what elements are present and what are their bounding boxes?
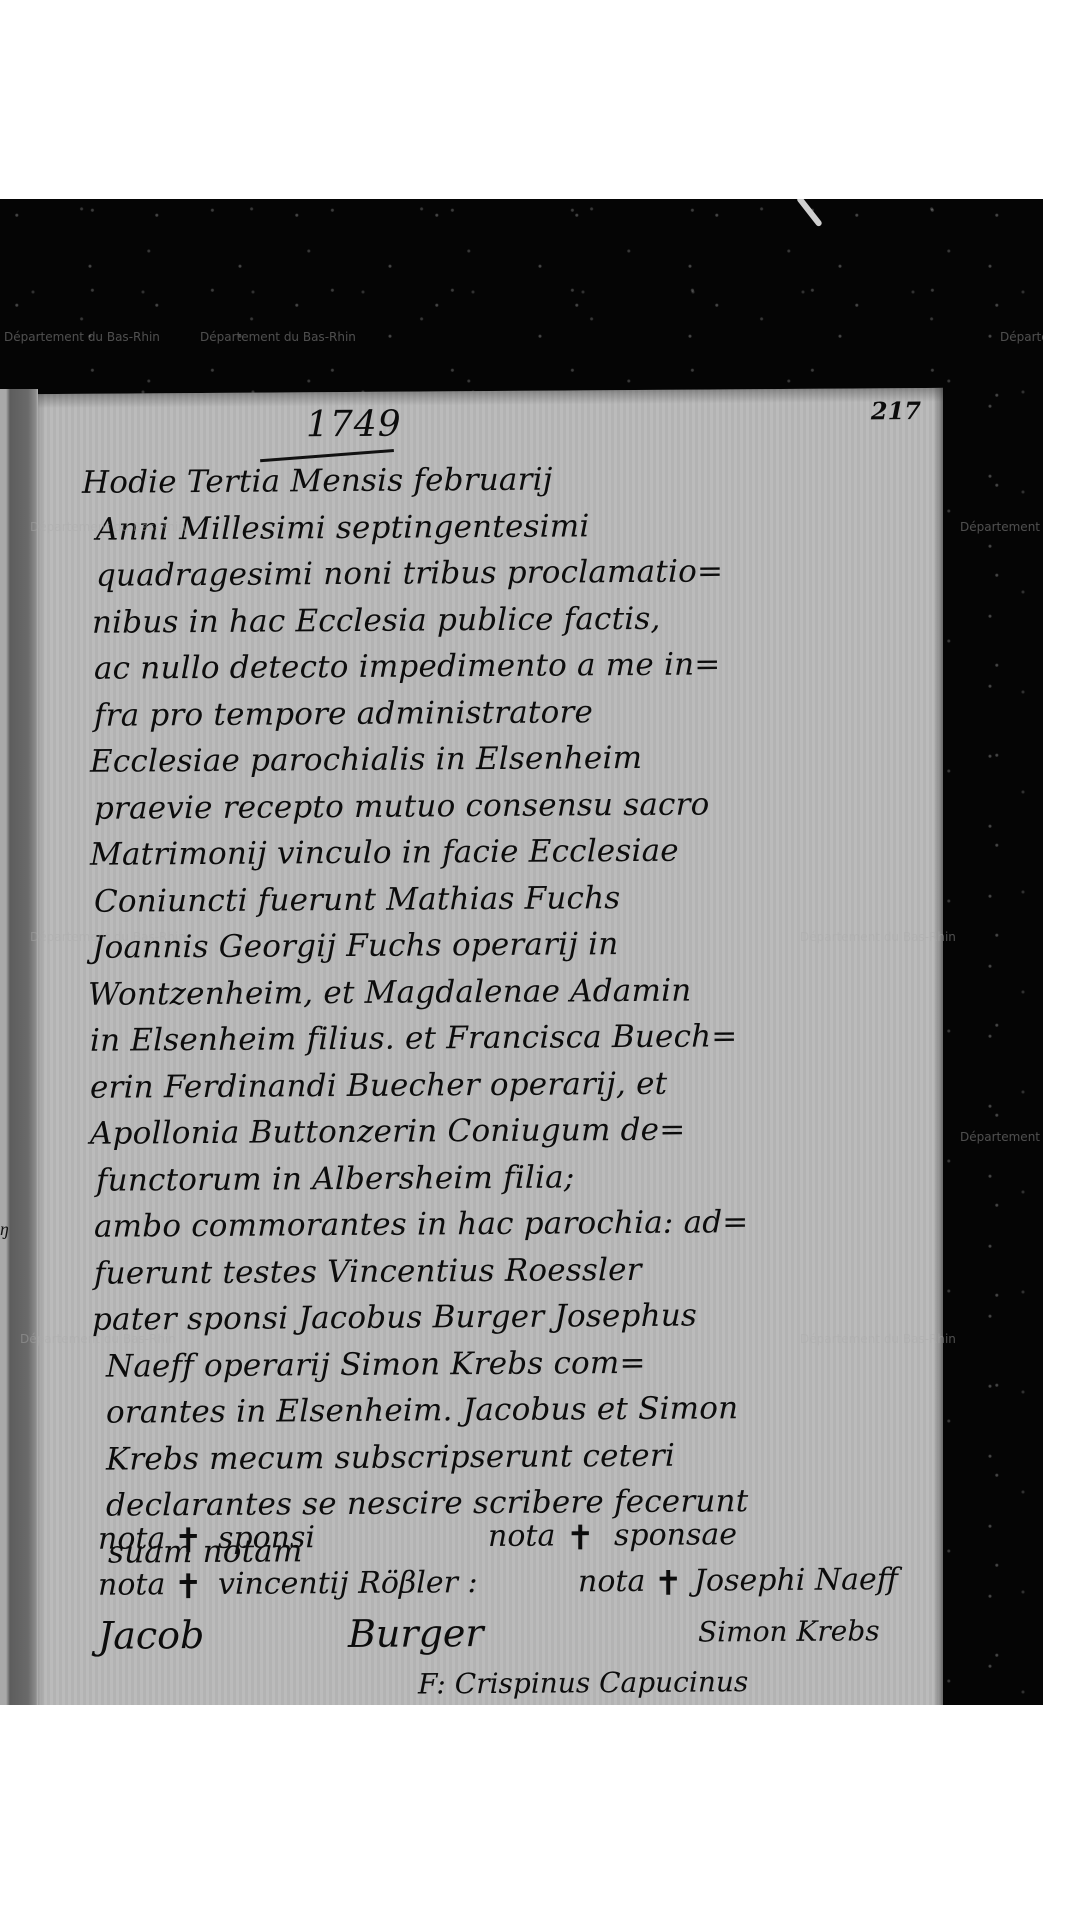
record-line: Ecclesiae parochialis in Elsenheim xyxy=(82,733,922,785)
record-line: Anni Millesimi septingentesimi xyxy=(82,500,922,552)
witness-mark-name: Josephi Naeff xyxy=(694,1562,898,1598)
record-line: Joannis Georgij Fuchs operarij in xyxy=(82,919,922,971)
scan-artifact xyxy=(796,199,823,227)
watermark: Département du Bas-Rhin xyxy=(1000,330,1043,344)
record-line: ac nullo detecto impedimento a me in= xyxy=(82,640,922,692)
scan-image: ŋ 1749 217 Hodie Tertia Mensis februarij… xyxy=(0,199,1043,1705)
record-line: quadragesimi noni tribus proclamatio= xyxy=(82,547,922,599)
groom-mark-name: sponsi xyxy=(218,1520,315,1556)
cross-mark-icon: ✝ xyxy=(174,1521,203,1561)
record-line: erin Ferdinandi Buecher operarij, et xyxy=(82,1058,922,1110)
signature-row-spouses: nota ✝ sponsi nota ✝ sponsae xyxy=(98,1516,938,1568)
record-line: praevie recepto mutuo consensu sacro xyxy=(82,779,922,831)
signature-row-witnesses: nota ✝ vincentij Röβler : nota ✝ Josephi… xyxy=(98,1562,938,1614)
bride-mark-name: sponsae xyxy=(614,1517,737,1553)
watermark: Département du Bas-Rhin xyxy=(960,520,1043,534)
record-line: pater sponsi Jacobus Burger Josephus xyxy=(82,1291,922,1343)
record-line: orantes in Elsenheim. Jacobus et Simon xyxy=(82,1384,922,1436)
record-line: Hodie Tertia Mensis februarij xyxy=(82,454,922,506)
signature-row-witness-names: Jacob Burger Simon Krebs xyxy=(98,1608,938,1670)
record-line: Wontzenheim, et Magdalenae Adamin xyxy=(82,965,922,1017)
record-line: Naeff operarij Simon Krebs com= xyxy=(82,1337,922,1389)
watermark: Département du Bas-Rhin xyxy=(200,330,356,344)
groom-mark-label: nota xyxy=(98,1521,165,1556)
record-line: Matrimonij vinculo in facie Ecclesiae xyxy=(82,826,922,878)
record-line: ambo commorantes in hac parochia: ad= xyxy=(82,1198,922,1250)
witness-mark-label: nota xyxy=(578,1564,645,1599)
record-line: nibus in hac Ecclesia publice factis, xyxy=(82,593,922,645)
record-line: in Elsenheim filius. et Francisca Buech= xyxy=(82,1012,922,1064)
record-line: functorum in Albersheim filia; xyxy=(82,1151,922,1203)
watermark: Département du Bas-Rhin xyxy=(960,1130,1043,1144)
signature-block: nota ✝ sponsi nota ✝ sponsae nota ✝ vinc… xyxy=(98,1516,938,1705)
priest-name: F: Crispinus Capucinus xyxy=(418,1665,748,1700)
page-number: 217 xyxy=(871,396,921,425)
record-line: fra pro tempore administratore xyxy=(82,686,922,738)
cross-mark-icon: ✝ xyxy=(174,1567,203,1607)
document-viewer: ŋ 1749 217 Hodie Tertia Mensis februarij… xyxy=(0,0,1080,1920)
entry-year: 1749 xyxy=(306,404,402,446)
register-page: 1749 217 Hodie Tertia Mensis februarij A… xyxy=(38,388,943,1705)
marriage-record-text: Hodie Tertia Mensis februarij Anni Mille… xyxy=(82,454,922,1576)
witness-signature: Burger xyxy=(348,1611,484,1656)
record-line: Coniuncti fuerunt Mathias Fuchs xyxy=(82,872,922,924)
record-line: fuerunt testes Vincentius Roessler xyxy=(82,1244,922,1296)
record-line: Apollonia Buttonzerin Coniugum de= xyxy=(82,1105,922,1157)
cross-mark-icon: ✝ xyxy=(566,1518,595,1558)
previous-page-edge: ŋ xyxy=(0,389,38,1705)
bride-mark-label: nota xyxy=(488,1519,555,1554)
watermark: Département du Bas-Rhin xyxy=(4,330,160,344)
cross-mark-icon: ✝ xyxy=(654,1564,683,1604)
witness-mark-label: nota xyxy=(98,1567,165,1602)
witness-signature: Simon Krebs xyxy=(698,1614,880,1648)
previous-page-mark: ŋ xyxy=(0,1219,9,1240)
witness-signature: Jacob xyxy=(98,1613,204,1658)
priest-signature: F: Crispinus Capucinus xyxy=(98,1664,938,1705)
witness-mark-name: vincentij Röβler : xyxy=(218,1565,478,1602)
record-line: Krebs mecum subscripserunt ceteri xyxy=(82,1430,922,1482)
